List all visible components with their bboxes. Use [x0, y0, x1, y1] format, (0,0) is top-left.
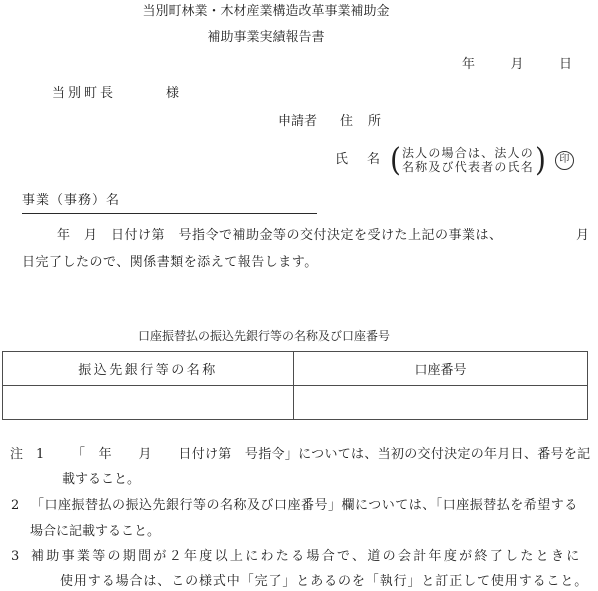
bank-account-table: 振込先銀行等の名称 口座番号	[2, 351, 588, 420]
corporate-name-note: 法人の場合は、法人の名称及び代表者の氏名	[402, 146, 534, 174]
note3-text-line1: 補助事業等の期間が２年度以上にわたる場合で、道の会計年度が終了したときに	[31, 549, 582, 565]
seal-mark-icon: 印	[555, 151, 574, 170]
bank-table-header-row: 振込先銀行等の名称 口座番号	[3, 352, 587, 386]
date-year-label: 年	[462, 57, 475, 73]
corporate-name-note-line1: 法人の場合は、法人の	[402, 146, 534, 160]
document-title-line1: 当別町林業・木材産業構造改革事業補助金	[0, 4, 532, 20]
note2-text-line1: 「口座振替払の振込先銀行等の名称及び口座番号」欄については、「口座振替払を希望す…	[31, 498, 578, 514]
applicant-label: 申請者	[278, 114, 317, 130]
note1-text-line2: 載すること。	[62, 472, 140, 488]
applicant-name-label: 氏 名	[335, 152, 383, 168]
note2-number: 2	[11, 498, 19, 514]
date-line: 年 月 日	[462, 57, 572, 73]
large-paren-open: (	[390, 144, 401, 176]
date-month-label: 月	[510, 57, 523, 73]
note3-number: 3	[11, 549, 19, 565]
report-form-page: 当別町林業・木材産業構造改革事業補助金 補助事業実績報告書 年 月 日 当別町長…	[0, 0, 598, 591]
corporate-name-note-line2: 名称及び代表者の氏名	[402, 160, 534, 174]
large-paren-close: )	[535, 144, 546, 176]
bank-table-data-row	[3, 386, 587, 419]
note2-text-line2: 場合に記載すること。	[30, 524, 160, 540]
notes-heading: 注	[10, 447, 23, 463]
project-name-field: 事業（事務）名	[22, 193, 317, 214]
account-number-value-cell	[294, 386, 587, 419]
date-day-label: 日	[559, 57, 572, 73]
applicant-address-label: 住 所	[340, 114, 382, 130]
bank-table-caption: 口座振替払の振込先銀行等の名称及び口座番号	[0, 328, 528, 344]
body-paragraph-line1-tail: 月	[576, 228, 589, 244]
bank-name-value-cell	[3, 386, 294, 419]
body-paragraph-line1: 年 月 日付け第 号指令で補助金等の交付決定を受けた上記の事業は、	[57, 228, 503, 244]
addressee-name: 当別町長	[52, 86, 116, 102]
note3-text-line2: 使用する場合は、この様式中「完了」とあるのを「執行」と訂正して使用すること。	[60, 574, 588, 590]
bank-name-header-cell: 振込先銀行等の名称	[3, 352, 294, 385]
note1-text-line1: 「 年 月 日付け第 号指令」については、当初の交付決定の年月日、番号を記	[72, 447, 590, 463]
note1-number: 1	[36, 447, 44, 463]
addressee-honorific: 様	[166, 86, 179, 102]
document-title-line2: 補助事業実績報告書	[0, 30, 532, 46]
applicant-name-row: 氏 名 ( 法人の場合は、法人の名称及び代表者の氏名 ) 印	[335, 144, 574, 176]
body-paragraph-line2: 日完了したので、関係書類を添えて報告します。	[22, 255, 318, 271]
account-number-header-cell: 口座番号	[294, 352, 587, 385]
addressee-line: 当別町長 様	[52, 86, 179, 102]
